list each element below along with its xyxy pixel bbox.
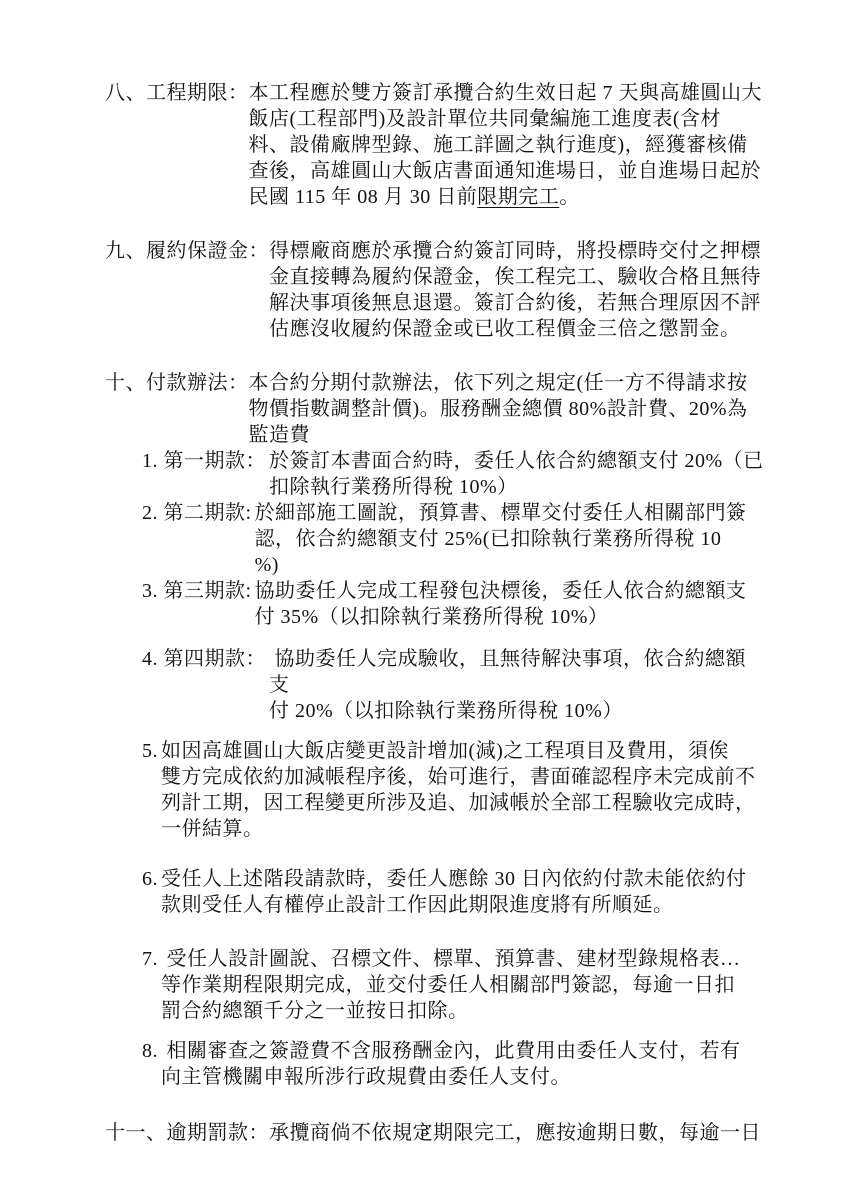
document-content: 八、工程期限： 本工程應於雙方簽訂承攬合約生效日起 7 天與高雄圓山大 飯店(工… — [105, 80, 765, 1146]
clause-10-body: 本合約分期付款辦法，依下列之規定(任一方不得請求按 物價指數調整計價)。服務酬金… — [249, 370, 748, 448]
contract-document-page: 八、工程期限： 本工程應於雙方簽訂承攬合約生效日起 7 天與高雄圓山大 飯店(工… — [0, 0, 849, 1200]
payment-item-5-body: 如因高雄圓山大飯店變更設計增加(減)之工程項目及費用，須俟 雙方完成依約加減帳程… — [161, 738, 756, 842]
payment-item-4: 4. 第四期款： 協助委任人完成驗收，且無待解決事項，依合約總額支 付 20%（… — [142, 646, 765, 724]
payment-item-8-body: 相關審查之簽證費不含服務酬金內，此費用由委任人支付，若有 向主管機關申報所涉行政… — [161, 1038, 741, 1090]
deadline-underlined-text: 限期完工 — [477, 186, 559, 208]
payment-item-8: 8. 相關審查之簽證費不含服務酬金內，此費用由委任人支付，若有 向主管機關申報所… — [142, 1038, 765, 1090]
payment-item-6-label: 6. — [142, 866, 161, 892]
payment-item-2-label: 2. 第二期款: — [142, 500, 255, 526]
clause-8-body: 本工程應於雙方簽訂承攬合約生效日起 7 天與高雄圓山大 飯店(工程部門)及設計單… — [249, 80, 763, 210]
payment-item-1: 1. 第一期款： 於簽訂本書面合約時，委任人依合約總額支付 20%（已 扣除執行… — [142, 448, 765, 500]
clause-10-payment-terms: 十、付款辦法： 本合約分期付款辦法，依下列之規定(任一方不得請求按 物價指數調整… — [105, 370, 765, 448]
clause-10-label: 十、付款辦法： — [105, 370, 249, 396]
payment-item-2-body: 於細部施工圖說，預算書、標單交付委任人相關部門簽 認，依合約總額支付 25%(已… — [255, 500, 747, 578]
clause-9-performance-bond: 九、履約保證金： 得標廠商應於承攬合約簽訂同時，將投標時交付之押標 金直接轉為履… — [105, 238, 765, 342]
clause-8-label: 八、工程期限： — [105, 80, 249, 106]
payment-item-3-label: 3. 第三期款: — [142, 578, 255, 604]
payment-items-list: 1. 第一期款： 於簽訂本書面合約時，委任人依合約總額支付 20%（已 扣除執行… — [142, 448, 765, 1090]
payment-item-7: 7. 受任人設計圖說、召標文件、標單、預算書、建材型錄規格表… 等作業期程限期完… — [142, 946, 765, 1024]
payment-item-4-label: 4. 第四期款： — [142, 646, 269, 672]
payment-item-2: 2. 第二期款: 於細部施工圖說，預算書、標單交付委任人相關部門簽 認，依合約總… — [142, 500, 765, 578]
payment-item-5-label: 5. — [142, 738, 161, 764]
payment-item-4-body: 協助委任人完成驗收，且無待解決事項，依合約總額支 付 20%（以扣除執行業務所得… — [269, 646, 765, 724]
payment-item-3-body: 協助委任人完成工程發包決標後，委任人依合約總額支 付 35%（以扣除執行業務所得… — [255, 578, 747, 630]
payment-item-7-label: 7. — [142, 946, 161, 972]
clause-9-label: 九、履約保證金： — [105, 238, 269, 264]
payment-item-5: 5. 如因高雄圓山大飯店變更設計增加(減)之工程項目及費用，須俟 雙方完成依約加… — [142, 738, 765, 842]
payment-item-1-body: 於簽訂本書面合約時，委任人依合約總額支付 20%（已 扣除執行業務所得稅 10%… — [269, 448, 764, 500]
clause-8-body-end: 。 — [559, 186, 580, 208]
page-number: 3 — [0, 1120, 849, 1142]
payment-item-6-body: 受任人上述階段請款時，委任人應餘 30 日內依約付款未能依約付 款則受任人有權停… — [161, 866, 747, 918]
payment-item-7-body: 受任人設計圖說、召標文件、標單、預算書、建材型錄規格表… 等作業期程限期完成，並… — [161, 946, 741, 1024]
payment-item-8-label: 8. — [142, 1038, 161, 1064]
payment-item-3: 3. 第三期款: 協助委任人完成工程發包決標後，委任人依合約總額支 付 35%（… — [142, 578, 765, 630]
clause-8-project-duration: 八、工程期限： 本工程應於雙方簽訂承攬合約生效日起 7 天與高雄圓山大 飯店(工… — [105, 80, 765, 210]
payment-item-6: 6. 受任人上述階段請款時，委任人應餘 30 日內依約付款未能依約付 款則受任人… — [142, 866, 765, 918]
payment-item-1-label: 1. 第一期款： — [142, 448, 269, 474]
clause-9-body: 得標廠商應於承攬合約簽訂同時，將投標時交付之押標 金直接轉為履約保證金，俟工程完… — [269, 238, 761, 342]
